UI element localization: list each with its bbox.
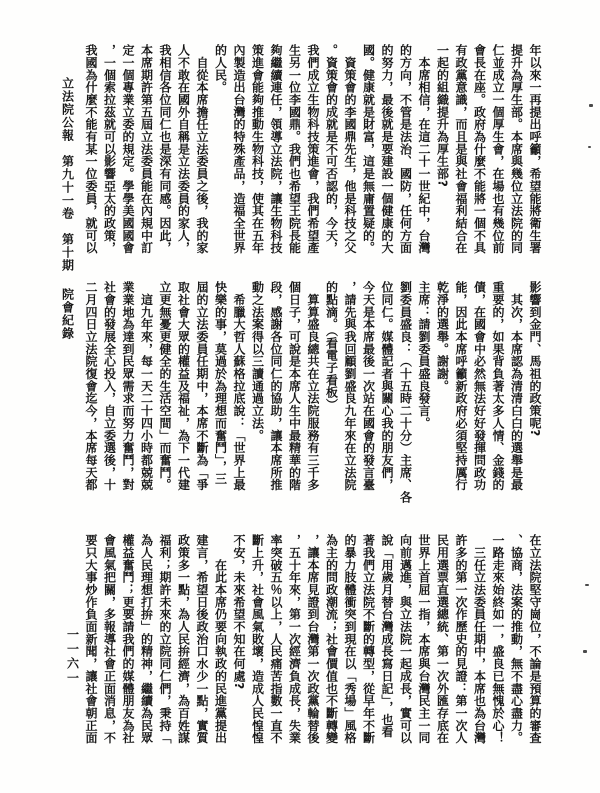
text-column: 這九年來，每一天二十四小時都兢兢 (137, 281, 156, 493)
text-column: 率突破五％以上，人民痛苦指數一直不 (267, 534, 286, 746)
text-column: 要只大事炒作負面新聞，讓社會朝正面 (82, 534, 101, 746)
scan-artifact (585, 584, 589, 586)
text-column: 取社會大眾的權益及福祉，為下一代建 (174, 281, 193, 493)
text-column: 政策多一點，為人民拚經濟，為百姓謀 (174, 534, 193, 746)
text-column: 國。健康就是財富，這是無庸置疑的。 (359, 44, 378, 256)
text-column: 屆的立法委員任期中，本席不斷為「爭 (193, 281, 212, 493)
text-column: 立更無憂更健全的生活空間」而奮鬥。 (156, 281, 175, 493)
text-column: 。資策會的成就是不可否認的，今天， (322, 44, 341, 256)
text-column: 的方向，不管是法治、國防，任何方面 (396, 44, 415, 256)
gazette-scan-page: 年以來一再提出呼籲，希望能將衛生署提升為厚生部。本席與幾位立法院的同仁並成立一個… (0, 0, 600, 793)
text-column: 自從本席擔任立法委員之後，我的家 (193, 44, 212, 256)
text-column: 本席期許第五屆立法委員能在內規中訂 (137, 44, 156, 256)
text-column: 權益奮鬥；更要請我們的媒體朋友為社 (119, 534, 138, 746)
text-column: 算算盛良總共在立法院服務有三千多 (304, 281, 323, 493)
text-column: 、協商，法案的推動，無不盡心盡力。 (507, 534, 526, 746)
text-column: 今天是本席最後一次站在國會的發言臺 (359, 281, 378, 493)
text-column: 的人民。 (211, 44, 230, 256)
text-column: 為人民理想打拚」的精神，繼續為民眾 (137, 534, 156, 746)
text-column: 民用選票直選總統、第一次外匯存底在 (433, 534, 452, 746)
text-column: 定一個專業立委的規定。學學美國國會 (119, 44, 138, 256)
publication-title-caption: 立法院公報 第九十一卷 第十期 (58, 77, 77, 272)
text-column: 位同仁。媒體記者與關心我的朋友們， (378, 281, 397, 493)
text-column: 社會的發展全心投入，自立委選後，十 (100, 281, 119, 493)
text-column: ，一個索拉茲就可以影響亞太的政策， (100, 44, 119, 256)
text-column: 夠繼續連任，領導立法院，讓生物科技 (267, 44, 286, 256)
text-column: 二月四日立法院復會迄今，本席每天都 (82, 281, 101, 493)
text-column: 的努力，最後就是要建設一個健康的大 (378, 44, 397, 256)
text-column: 著我們立法院不斷的轉型，從早年不斷 (359, 534, 378, 746)
text-column: 提升為厚生部。本席與幾位立法院的同 (507, 44, 526, 256)
text-column: 動之法案得以三讀通過立法。 (248, 281, 267, 493)
text-column: 本席相信，在這二十一世紀中，台灣 (415, 44, 434, 256)
text-column: 我國為什麼不能有某一位委員，就可以 (82, 44, 101, 256)
scan-artifact (583, 650, 587, 653)
text-column: 有政黨意識，而且是與社會福利結合在 (452, 44, 471, 256)
text-band-middle: 影響到金門、馬祖的政策呢? 其次，本席認為清清白白的選舉是最重要的，如果背負著太… (82, 281, 545, 493)
text-band-top: 年以來一再提出呼籲，希望能將衛生署提升為厚生部。本席與幾位立法院的同仁並成立一個… (82, 44, 545, 256)
text-column: 世界上首屈一指，本席與台灣民主一同 (415, 534, 434, 746)
text-column: 乾淨的選舉。謝謝。 (433, 281, 452, 493)
text-column: 內製造出台灣的特殊產品，造福全世界 (230, 44, 249, 256)
text-column: 的點滴。（看電子看板） (322, 281, 341, 493)
scan-artifact (588, 146, 591, 148)
text-column: 能，因此本席呼籲新政府必須堅持厲行 (452, 281, 471, 493)
text-column: ，讓本席見證到台灣第一次政黨輪替後 (304, 534, 323, 746)
text-column: 不安，未來希望不知在何處? (230, 534, 249, 746)
text-column: 我相信各位同仁也是深有同感。因此， (156, 44, 175, 256)
text-column: 斷上升，社會風氣敗壞，造成人民惶惶 (248, 534, 267, 746)
text-column: 一路走來始終如一，盛良已無愧於心！ (489, 534, 508, 746)
page-number: 一一六一 (63, 628, 82, 686)
text-column: 仁並成立一個厚生會，在場也有幾位前 (489, 44, 508, 256)
text-column: 向前邁進，與立法院一起成長，實可以 (396, 534, 415, 746)
text-column: 個日子，可說是本席人生中最精華的階 (285, 281, 304, 493)
text-column: 年以來一再提出呼籲，希望能將衛生署 (526, 44, 545, 256)
text-column: 在此本席仍要向執政的民進黨提出 (211, 534, 230, 746)
text-column: 的暴力肢體衝突到現在以「秀場」風格 (341, 534, 360, 746)
text-column: 三任立法委員任期中，本席也為台灣 (470, 534, 489, 746)
text-column: 段，感謝各位同仁的協助，讓本席所推 (267, 281, 286, 493)
text-band-bottom: 在立法院堅守崗位，不論是預算的審查、協商，法案的推動，無不盡心盡力。一路走來始終… (82, 534, 545, 746)
text-column: 影響到金門、馬祖的政策呢? (526, 281, 545, 493)
text-column: ，五十年來，第一次經濟負成長，失業 (285, 534, 304, 746)
section-caption: 院會紀錄 (58, 288, 77, 340)
text-column: 一起的組織提升為厚生部? (433, 44, 452, 256)
scan-artifact (589, 104, 593, 107)
text-column: 重要的，如果背負著太多人情、金錢的 (489, 281, 508, 493)
text-column: 說「用歲月替台灣成長寫日記」，也看 (378, 534, 397, 746)
text-column: 業業地為達到民眾需求而努力奮鬥，對 (119, 281, 138, 493)
text-column: ，請先與我回顧劉盛良九年來在立法院 (341, 281, 360, 493)
text-column: 債，在國會中必然無法好好發揮問政功 (470, 281, 489, 493)
text-column: 在立法院堅守崗位，不論是預算的審查 (526, 534, 545, 746)
text-column: 建言，希望日後政治口水少一點，實質 (193, 534, 212, 746)
text-column: 人不敢在國外自稱是立法委員的家人， (174, 44, 193, 256)
text-column: 主席：請劉委員盛良發言。 (415, 281, 434, 493)
text-column: 會風氣把關，多報導社會正面消息，不 (100, 534, 119, 746)
text-column: 希臘大哲人蘇格拉底說：「世界上最 (230, 281, 249, 493)
text-column: 其次，本席認為清清白白的選舉是最 (507, 281, 526, 493)
text-column: 資策會的李國鼎先生，他是科技之父 (341, 44, 360, 256)
text-column: 策進會能夠推動生物科技，使其在五年 (248, 44, 267, 256)
text-column: 劉委員盛良：（十五時二十分）主席、各 (396, 281, 415, 493)
text-column: 我們成立生物科技策進會，我們希望產 (304, 44, 323, 256)
text-column: 為主的問政潮流；社會價值也不斷轉變 (322, 534, 341, 746)
text-column: 快樂的事，莫過於為理想而奮鬥」，三 (211, 281, 230, 493)
text-column: 會長在座。政府為什麼不能將一個不具 (470, 44, 489, 256)
text-column: 許多的第一次作歷史的見證：第一次人 (452, 534, 471, 746)
text-column: 福利；期許未來的立院同仁們，秉持「 (156, 534, 175, 746)
text-column: 生另一位李國鼎。我們也希望王院長能 (285, 44, 304, 256)
